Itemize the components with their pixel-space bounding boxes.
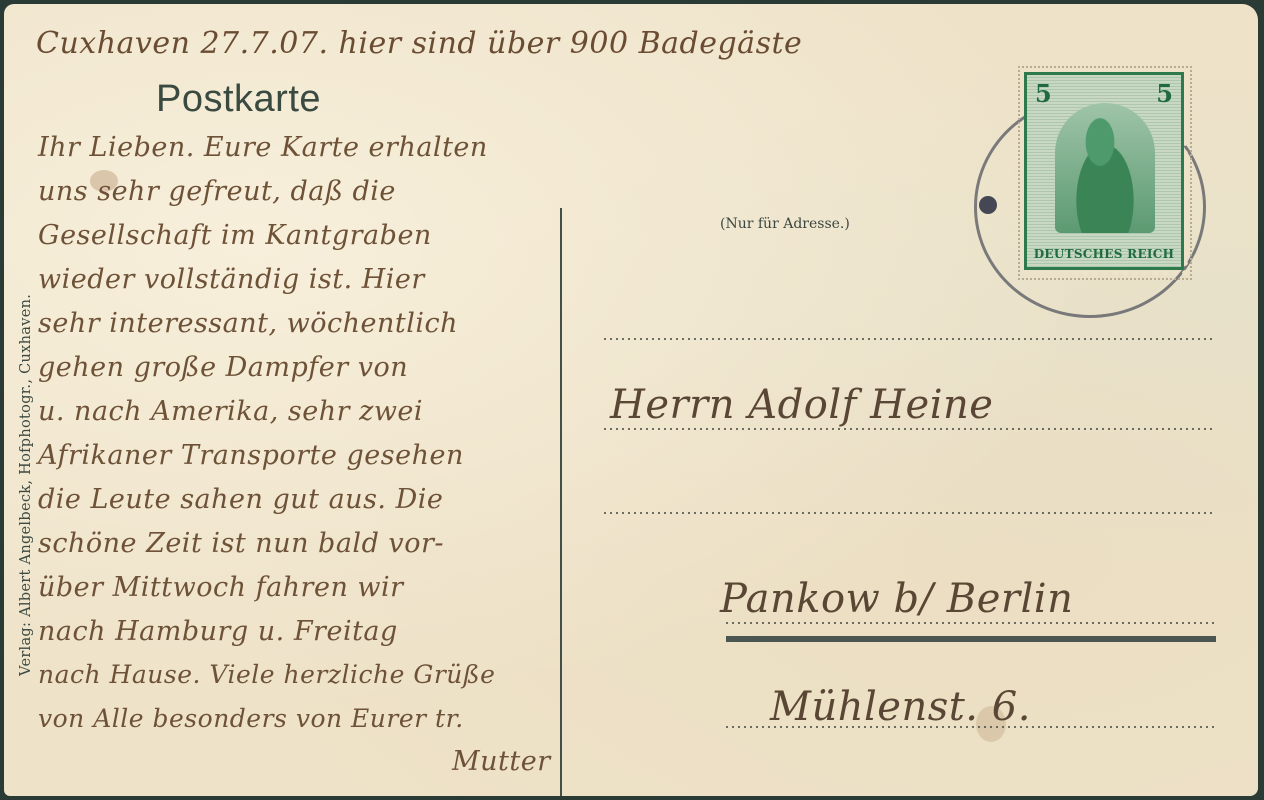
germania-portrait-icon	[1055, 103, 1155, 233]
address-note: (Nur für Adresse.)	[720, 216, 850, 232]
address-line-dotted	[724, 622, 1214, 624]
address-city: Pankow b/ Berlin	[720, 576, 1073, 622]
message-line: die Leute sahen gut aus. Die	[38, 484, 443, 515]
address-line-dotted	[602, 428, 1214, 430]
stamp-value-right: 5	[1156, 79, 1173, 108]
address-line-dotted	[602, 338, 1214, 340]
message-line: uns sehr gefreut, daß die	[38, 176, 396, 207]
message-line: u. nach Amerika, sehr zwei	[38, 396, 423, 427]
postcard-title: Postkarte	[156, 78, 321, 121]
postmark-ink-blot	[979, 196, 997, 214]
address-recipient: Herrn Adolf Heine	[610, 382, 993, 428]
message-line: Gesellschaft im Kantgraben	[38, 220, 432, 251]
message-line: sehr interessant, wöchentlich	[38, 308, 458, 339]
message-line: über Mittwoch fahren wir	[38, 572, 404, 603]
message-line: nach Hause. Viele herzliche Grüße	[38, 660, 495, 689]
message-signature: Mutter	[452, 746, 551, 777]
address-line-dotted	[602, 512, 1214, 514]
stamp-face: 5 5 DEUTSCHES REICH	[1024, 72, 1184, 270]
message-line: schöne Zeit ist nun bald vor-	[38, 528, 444, 559]
address-line-dotted	[724, 726, 1214, 728]
postage-stamp: 5 5 DEUTSCHES REICH	[1018, 66, 1192, 280]
message-line: nach Hamburg u. Freitag	[38, 616, 398, 647]
center-divider	[560, 208, 562, 796]
stamp-value-left: 5	[1035, 79, 1052, 108]
publisher-imprint: Verlag: Albert Angelbeck, Hofphotogr., C…	[18, 294, 34, 676]
header-handwriting: Cuxhaven 27.7.07. hier sind über 900 Bad…	[36, 26, 802, 61]
stamp-caption: DEUTSCHES REICH	[1027, 247, 1181, 261]
message-line: wieder vollständig ist. Hier	[38, 264, 425, 295]
address-street: Mühlenst. 6.	[770, 684, 1031, 730]
message-line: gehen große Dampfer von	[38, 352, 408, 383]
message-line: Afrikaner Transporte gesehen	[38, 440, 464, 471]
postcard-back: Cuxhaven 27.7.07. hier sind über 900 Bad…	[4, 4, 1258, 796]
message-line: Ihr Lieben. Eure Karte erhalten	[38, 132, 488, 163]
message-line: von Alle besonders von Eurer tr.	[38, 704, 464, 733]
city-underline-rule	[726, 636, 1216, 642]
